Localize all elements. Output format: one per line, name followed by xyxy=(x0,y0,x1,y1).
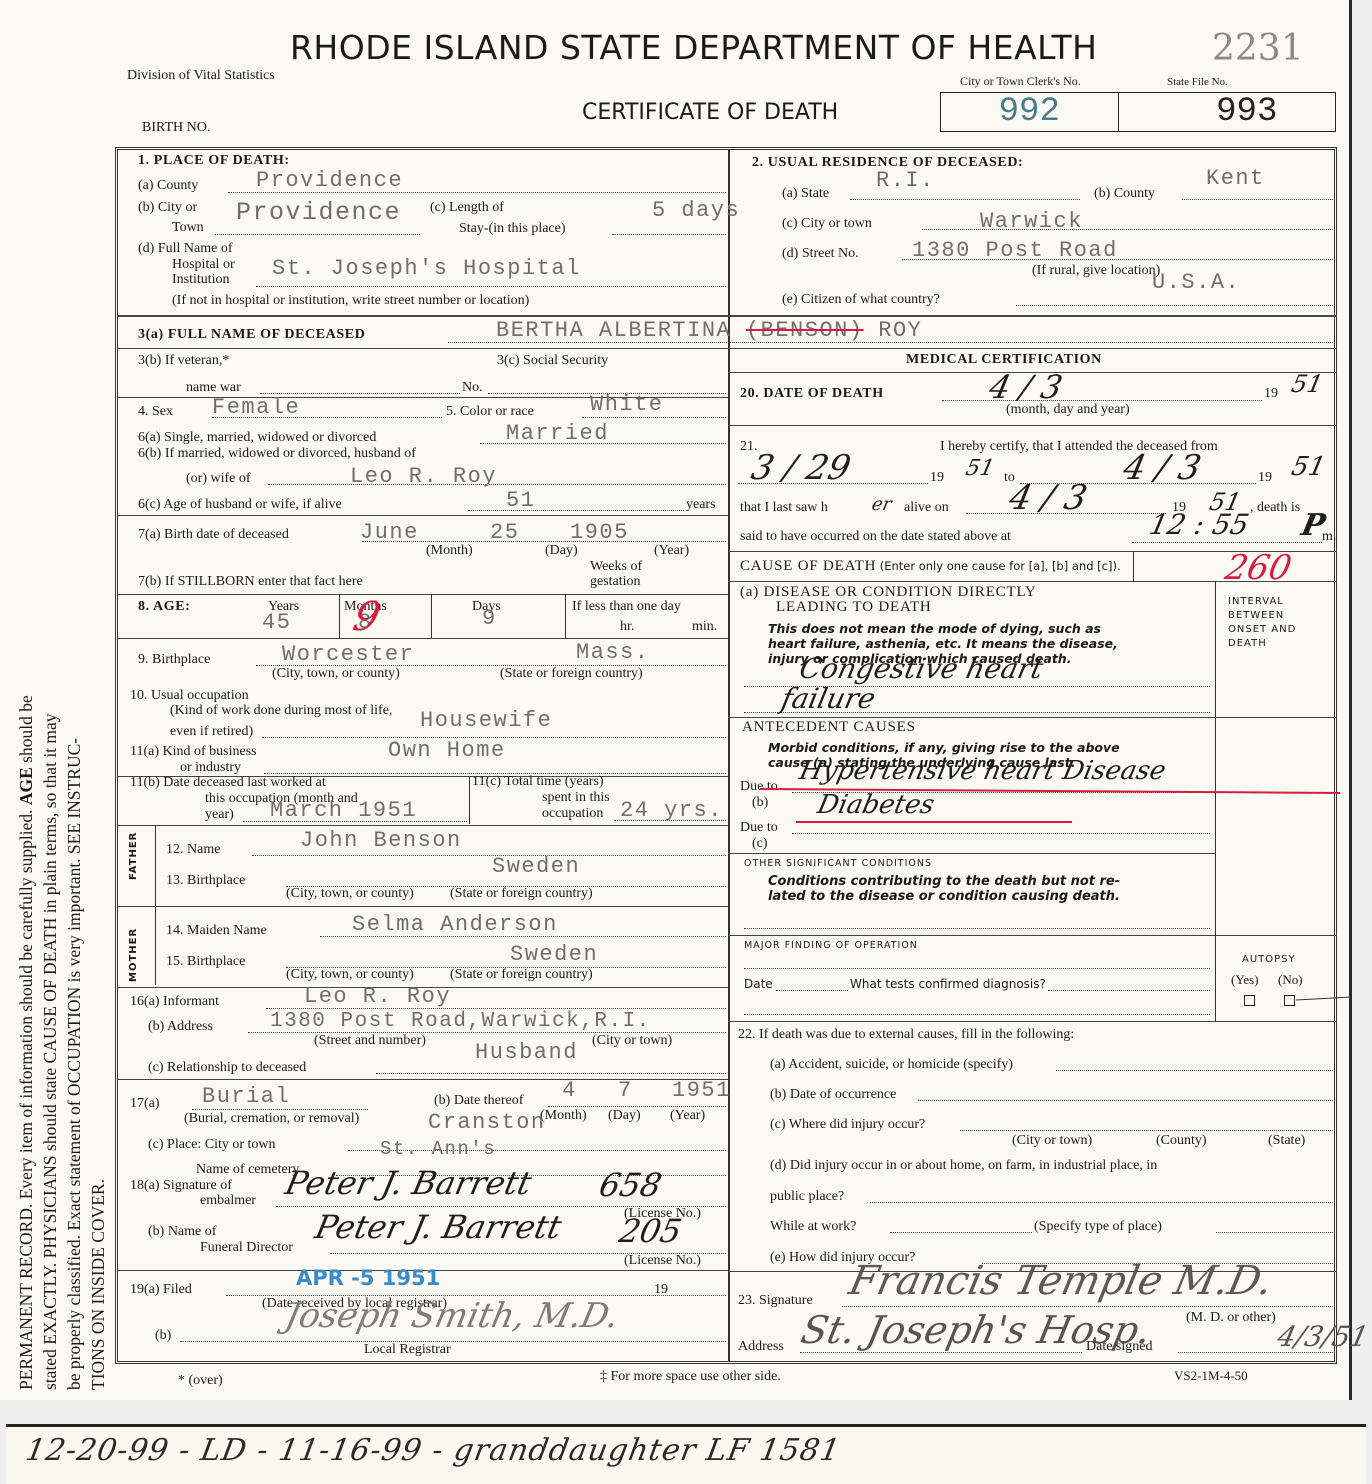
mother-section-label: MOTHER xyxy=(128,928,139,982)
filed-stamp: APR -5 1951 xyxy=(296,1266,440,1290)
occupation-label: 10. Usual occupation xyxy=(130,688,249,704)
relationship-value: Husband xyxy=(475,1040,578,1065)
age-heading: 8. AGE: xyxy=(138,599,190,615)
residence-state-label: (a) State xyxy=(782,186,829,202)
residence-county-value: Kent xyxy=(1206,166,1265,191)
clerk-number: 992 xyxy=(941,93,1118,131)
spouse-value: Leo R. Roy xyxy=(350,464,497,489)
full-name-label: 3(a) FULL NAME OF DECEASED xyxy=(138,327,365,343)
place-of-death-heading: 1. PLACE OF DEATH: xyxy=(138,153,290,169)
birthplace-city-value: Worcester xyxy=(282,642,414,667)
date-of-death-value: 4 / 3 xyxy=(986,368,1066,406)
last-worked-value: March 1951 xyxy=(270,798,417,823)
autopsy-label: AUTOPSY xyxy=(1242,954,1296,965)
hospital-label: (d) Full Name of xyxy=(138,241,232,257)
other-conditions-label: OTHER SIGNIFICANT CONDITIONS xyxy=(744,858,932,869)
informant-address-label: (b) Address xyxy=(148,1019,213,1035)
last-saw-label: that I last saw h xyxy=(740,500,828,516)
residence-state-value: R.I. xyxy=(876,168,935,193)
hospital-value: St. Joseph's Hospital xyxy=(272,256,581,281)
disease-value-line1: Congestive heart xyxy=(796,652,1046,685)
antecedent-label: ANTECEDENT CAUSES xyxy=(742,719,916,736)
disposition-place-label: (c) Place: City or town xyxy=(148,1137,276,1153)
external-causes-heading: 22. If death was due to external causes,… xyxy=(738,1027,1074,1043)
birth-date-label: 7(a) Birth date of deceased xyxy=(138,527,289,543)
birthplace-state-value: Mass. xyxy=(576,640,650,665)
informant-label: 16(a) Informant xyxy=(130,994,219,1010)
residence-county-label: (b) County xyxy=(1094,186,1155,202)
clerk-no-label: City or Town Clerk's No. xyxy=(960,74,1081,89)
interval-label: INTERVAL xyxy=(1228,596,1284,607)
file-number-box: 992 993 xyxy=(940,92,1336,132)
bottom-annotation-slip: 12-20-99 - LD - 11-16-99 - granddaughter… xyxy=(6,1424,1366,1484)
birth-month-value: June xyxy=(360,520,419,545)
autopsy-no-checkbox[interactable] xyxy=(1284,995,1295,1006)
stillborn-label: 7(b) If STILLBORN enter that fact here xyxy=(138,574,363,590)
birthplace-label: 9. Birthplace xyxy=(138,652,210,668)
age-days-value: 9 xyxy=(482,606,497,631)
external-cause-b: (b) Date of occurrence xyxy=(770,1087,896,1103)
tests-label: What tests confirmed diagnosis? xyxy=(850,977,1046,991)
date-of-death-label: 20. DATE OF DEATH xyxy=(740,386,884,402)
ssn-label: 3(c) Social Security xyxy=(497,353,608,369)
sex-label: 4. Sex xyxy=(138,404,173,420)
age-years-value: 45 xyxy=(262,610,291,635)
disposition-method-value: Burial xyxy=(202,1084,290,1109)
marital-value: Married xyxy=(506,421,609,446)
citizenship-label: (e) Citizen of what country? xyxy=(782,292,940,308)
residence-street-value: 1380 Post Road xyxy=(912,238,1118,263)
cause-code: 260 xyxy=(1222,548,1295,588)
antecedent-cause-b2: Diabetes xyxy=(815,790,937,820)
last-worked-label: 11(b) Date deceased last worked at xyxy=(130,775,326,791)
due-to-b-label: Due to xyxy=(740,779,778,795)
death-county-value: Providence xyxy=(256,168,403,193)
disposition-label: 17(a) xyxy=(130,1096,160,1112)
funeral-director-license: 205 xyxy=(616,1212,685,1250)
date-signed-value: 4/3/51 xyxy=(1274,1320,1371,1353)
birth-no-label: BIRTH NO. xyxy=(142,120,210,136)
page-title: RHODE ISLAND STATE DEPARTMENT OF HEALTH xyxy=(290,28,1097,67)
disposition-place-value: Cranston xyxy=(428,1110,546,1135)
attended-from-value: 3 / 29 xyxy=(748,448,854,488)
total-time-label: 11(c) Total time (years) xyxy=(472,774,604,790)
state-file-number: 993 xyxy=(1118,93,1336,131)
hospital-note: (If not in hospital or institution, writ… xyxy=(172,293,529,309)
occupation-value: Housewife xyxy=(420,708,552,733)
relationship-label: (c) Relationship to deceased xyxy=(148,1060,306,1076)
registrar-label: (b) xyxy=(155,1328,171,1344)
race-value: White xyxy=(590,392,664,417)
side-instructions: PERMANENT RECORD. Every item of informat… xyxy=(14,140,110,1390)
veteran-label: 3(b) If veteran,* xyxy=(138,353,229,369)
business-value: Own Home xyxy=(388,738,506,763)
spouse-age-value: 51 xyxy=(506,488,535,513)
father-name-value: John Benson xyxy=(300,828,462,853)
birth-day-value: 25 xyxy=(490,520,519,545)
over-note: * (over) xyxy=(178,1373,223,1389)
death-certificate: RHODE ISLAND STATE DEPARTMENT OF HEALTH … xyxy=(0,0,1352,1400)
address-label: Address xyxy=(738,1339,784,1355)
length-of-stay-label: (c) Length of xyxy=(430,200,504,216)
external-cause-c: (c) Where did injury occur? xyxy=(770,1117,925,1133)
father-section-label: FATHER xyxy=(128,832,139,880)
form-code: VS2-1M-4-50 xyxy=(1174,1368,1248,1384)
disease-value-line2: failure xyxy=(778,682,878,715)
disposition-date-label: (b) Date thereof xyxy=(434,1093,523,1109)
length-of-stay-value: 5 days xyxy=(652,198,740,223)
antecedent-cause-b: Hypertensive heart Disease xyxy=(797,756,1169,786)
citizenship-value: U.S.A. xyxy=(1152,270,1240,295)
county-label: (a) County xyxy=(138,178,198,194)
signature-label: 23. Signature xyxy=(738,1293,813,1309)
death-city-value: Providence xyxy=(236,198,401,227)
marital-label: 6(a) Single, married, widowed or divorce… xyxy=(138,430,376,446)
mother-birthplace-label: 15. Birthplace xyxy=(166,954,245,970)
death-year-value: 51 xyxy=(1289,370,1325,398)
stamp-number: 2231 xyxy=(1212,28,1304,69)
spouse-label: (or) wife of xyxy=(186,471,251,487)
external-cause-d: (d) Did injury occur in or about home, o… xyxy=(770,1158,1157,1174)
total-time-value: 24 yrs. xyxy=(620,798,723,823)
embalmer-label: 18(a) Signature of xyxy=(130,1178,232,1194)
cemetery-value: St. Ann's xyxy=(380,1138,496,1160)
due-to-c-label: Due to xyxy=(740,820,778,836)
funeral-director-label: (b) Name of xyxy=(148,1224,216,1240)
physician-signature: Francis Temple M.D. xyxy=(845,1258,1277,1304)
city-label: (b) City or xyxy=(138,200,197,216)
residence-city-label: (c) City or town xyxy=(782,216,872,232)
date-signed-label: Date signed xyxy=(1086,1339,1152,1355)
operation-date-label: Date xyxy=(744,977,773,991)
registrar-signature: Joseph Smith, M.D. xyxy=(282,1296,623,1336)
certificate-title: CERTIFICATE OF DEATH xyxy=(582,100,838,125)
residence-street-label: (d) Street No. xyxy=(782,246,859,262)
father-birthplace-value: Sweden xyxy=(492,854,580,879)
time-of-death-value: 12 : 55 xyxy=(1146,508,1252,541)
race-label: 5. Color or race xyxy=(446,404,534,420)
external-cause-a: (a) Accident, suicide, or homicide (spec… xyxy=(770,1057,1013,1073)
mother-name-value: Selma Anderson xyxy=(352,912,558,937)
mother-name-label: 14. Maiden Name xyxy=(166,923,267,939)
spouse-age-label: 6(c) Age of husband or wife, if alive xyxy=(138,497,342,513)
father-name-label: 12. Name xyxy=(166,842,220,858)
operation-label: MAJOR FINDING OF OPERATION xyxy=(744,940,918,951)
business-label: 11(a) Kind of business xyxy=(130,744,257,760)
struck-maiden-name: (BENSON) xyxy=(746,318,864,343)
disposition-month-value: 4 xyxy=(562,1078,577,1103)
filed-label: 19(a) Filed xyxy=(130,1282,192,1298)
disposition-day-value: 7 xyxy=(618,1078,633,1103)
last-saw-value: 4 / 3 xyxy=(1006,478,1091,518)
informant-value: Leo R. Roy xyxy=(304,984,451,1009)
division-label: Division of Vital Statistics xyxy=(127,68,275,84)
funeral-director-signature: Peter J. Barrett xyxy=(312,1208,565,1246)
disposition-year-value: 1951 xyxy=(672,1078,731,1103)
attended-to-value: 4 / 3 xyxy=(1120,448,1205,488)
handwritten-note: 12-20-99 - LD - 11-16-99 - granddaughter… xyxy=(23,1433,844,1468)
birth-year-value: 1905 xyxy=(570,520,629,545)
embalmer-license: 658 xyxy=(596,1166,665,1204)
father-birthplace-label: 13. Birthplace xyxy=(166,873,245,889)
more-space-note: ‡ For more space use other side. xyxy=(600,1369,781,1385)
autopsy-yes-checkbox[interactable] xyxy=(1244,995,1255,1006)
medical-heading: MEDICAL CERTIFICATION xyxy=(906,352,1102,368)
cemetery-label: Name of cemetery xyxy=(196,1162,299,1178)
residence-city-value: Warwick xyxy=(980,209,1083,234)
while-at-work-label: While at work? xyxy=(770,1219,856,1235)
state-file-no-label: State File No. xyxy=(1167,76,1228,88)
mother-birthplace-value: Sweden xyxy=(510,942,598,967)
embalmer-signature: Peter J. Barrett xyxy=(282,1164,535,1202)
sex-value: Female xyxy=(212,395,300,420)
cause-of-death-label: CAUSE OF DEATH (Enter only one cause for… xyxy=(740,558,1121,575)
time-of-death-label: said to have occurred on the date stated… xyxy=(740,529,1011,545)
informant-address-value: 1380 Post Road,Warwick,R.I. xyxy=(270,1010,651,1033)
deceased-name: BERTHA ALBERTINA (BENSON) ROY xyxy=(496,318,922,343)
